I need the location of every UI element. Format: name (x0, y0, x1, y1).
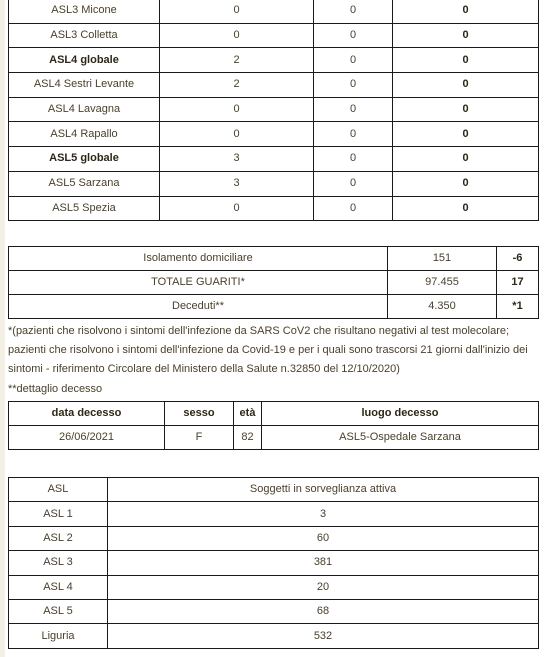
total-delta: *1 (497, 295, 539, 319)
table-row: TOTALE GUARITI*97.45517 (9, 271, 539, 295)
table-row: ASL5 globale300 (9, 147, 539, 172)
facility-name: ASL5 globale (9, 147, 160, 172)
value-col-1: 0 (160, 122, 314, 147)
value-col-3: 0 (393, 48, 539, 73)
death-age: 82 (234, 426, 262, 450)
death-place: ASL5-Ospedale Sarzana (262, 426, 539, 450)
value-col-1: 0 (160, 196, 314, 221)
death-table-header-row: data decesso sesso età luogo decesso (9, 402, 539, 426)
value-col-1: 0 (160, 23, 314, 48)
facility-name: ASL4 Rapallo (9, 122, 160, 147)
value-col-3: 0 (393, 23, 539, 48)
table-row: ASL3 Micone000 (9, 0, 539, 23)
totals-table: Isolamento domiciliare151-6TOTALE GUARIT… (8, 246, 539, 319)
header-asl: ASL (9, 478, 108, 502)
value-col-1: 0 (160, 0, 314, 23)
surveillance-count: 532 (108, 624, 539, 648)
total-label: TOTALE GUARITI* (9, 271, 388, 295)
death-date: 26/06/2021 (9, 426, 165, 450)
value-col-2: 0 (314, 196, 393, 221)
facility-name: ASL3 Micone (9, 0, 160, 23)
header-soggetti: Soggetti in sorveglianza attiva (108, 478, 539, 502)
table-row: ASL 568 (9, 599, 539, 623)
value-col-2: 0 (314, 97, 393, 122)
facility-name: ASL5 Sarzana (9, 171, 160, 196)
value-col-2: 0 (314, 171, 393, 196)
header-luogo-decesso: luogo decesso (262, 402, 539, 426)
table-row: ASL5 Spezia000 (9, 196, 539, 221)
table-row: ASL4 globale200 (9, 48, 539, 73)
table-row: ASL 3381 (9, 551, 539, 575)
value-col-2: 0 (314, 122, 393, 147)
total-label: Isolamento domiciliare (9, 247, 388, 271)
surveillance-count: 60 (108, 526, 539, 550)
total-value: 4.350 (388, 295, 497, 319)
surveillance-count: 381 (108, 551, 539, 575)
table-row: Deceduti**4.350*1 (9, 295, 539, 319)
value-col-1: 3 (160, 147, 314, 172)
guariti-footnote: *(pazienti che risolvono i sintomi dell'… (8, 322, 540, 379)
asl-name: ASL 1 (9, 502, 108, 526)
surveillance-header-row: ASL Soggetti in sorveglianza attiva (9, 478, 539, 502)
table-row: 26/06/2021F82ASL5-Ospedale Sarzana (9, 426, 539, 450)
table-row: ASL4 Sestri Levante200 (9, 73, 539, 98)
total-delta: 17 (497, 271, 539, 295)
table-row: ASL 420 (9, 575, 539, 599)
surveillance-count: 68 (108, 599, 539, 623)
value-col-3: 0 (393, 97, 539, 122)
table-row: ASL 13 (9, 502, 539, 526)
value-col-2: 0 (314, 73, 393, 98)
total-label: Deceduti** (9, 295, 388, 319)
facility-name: ASL4 Lavagna (9, 97, 160, 122)
asl-name: ASL 3 (9, 551, 108, 575)
table-row: ASL5 Sarzana300 (9, 171, 539, 196)
asl-name: ASL 2 (9, 526, 108, 550)
header-sesso: sesso (165, 402, 234, 426)
table-row: ASL4 Lavagna000 (9, 97, 539, 122)
header-eta: età (234, 402, 262, 426)
hospital-breakdown-table: ASL3 Micone000ASL3 Colletta000ASL4 globa… (8, 0, 539, 221)
value-col-3: 0 (393, 0, 539, 23)
total-delta: -6 (497, 247, 539, 271)
page-left-margin (0, 0, 5, 657)
facility-name: ASL4 Sestri Levante (9, 73, 160, 98)
value-col-2: 0 (314, 147, 393, 172)
table-row: Liguria532 (9, 624, 539, 648)
death-detail-label: **dettaglio decesso (8, 380, 540, 399)
table-row: ASL3 Colletta000 (9, 23, 539, 48)
total-value: 151 (388, 247, 497, 271)
value-col-3: 0 (393, 147, 539, 172)
value-col-3: 0 (393, 73, 539, 98)
asl-name: ASL 4 (9, 575, 108, 599)
table-row: ASL 260 (9, 526, 539, 550)
surveillance-count: 20 (108, 575, 539, 599)
value-col-3: 0 (393, 196, 539, 221)
death-detail-table: data decesso sesso età luogo decesso 26/… (8, 401, 539, 450)
asl-name: ASL 5 (9, 599, 108, 623)
value-col-3: 0 (393, 122, 539, 147)
value-col-1: 3 (160, 171, 314, 196)
table-row: Isolamento domiciliare151-6 (9, 247, 539, 271)
value-col-2: 0 (314, 23, 393, 48)
surveillance-table: ASL Soggetti in sorveglianza attiva ASL … (8, 477, 539, 649)
facility-name: ASL3 Colletta (9, 23, 160, 48)
surveillance-count: 3 (108, 502, 539, 526)
value-col-2: 0 (314, 0, 393, 23)
header-data-decesso: data decesso (9, 402, 165, 426)
table-row: ASL4 Rapallo000 (9, 122, 539, 147)
total-value: 97.455 (388, 271, 497, 295)
value-col-3: 0 (393, 171, 539, 196)
value-col-1: 2 (160, 48, 314, 73)
value-col-1: 2 (160, 73, 314, 98)
value-col-1: 0 (160, 97, 314, 122)
asl-name: Liguria (9, 624, 108, 648)
facility-name: ASL4 globale (9, 48, 160, 73)
death-sex: F (165, 426, 234, 450)
value-col-2: 0 (314, 48, 393, 73)
facility-name: ASL5 Spezia (9, 196, 160, 221)
